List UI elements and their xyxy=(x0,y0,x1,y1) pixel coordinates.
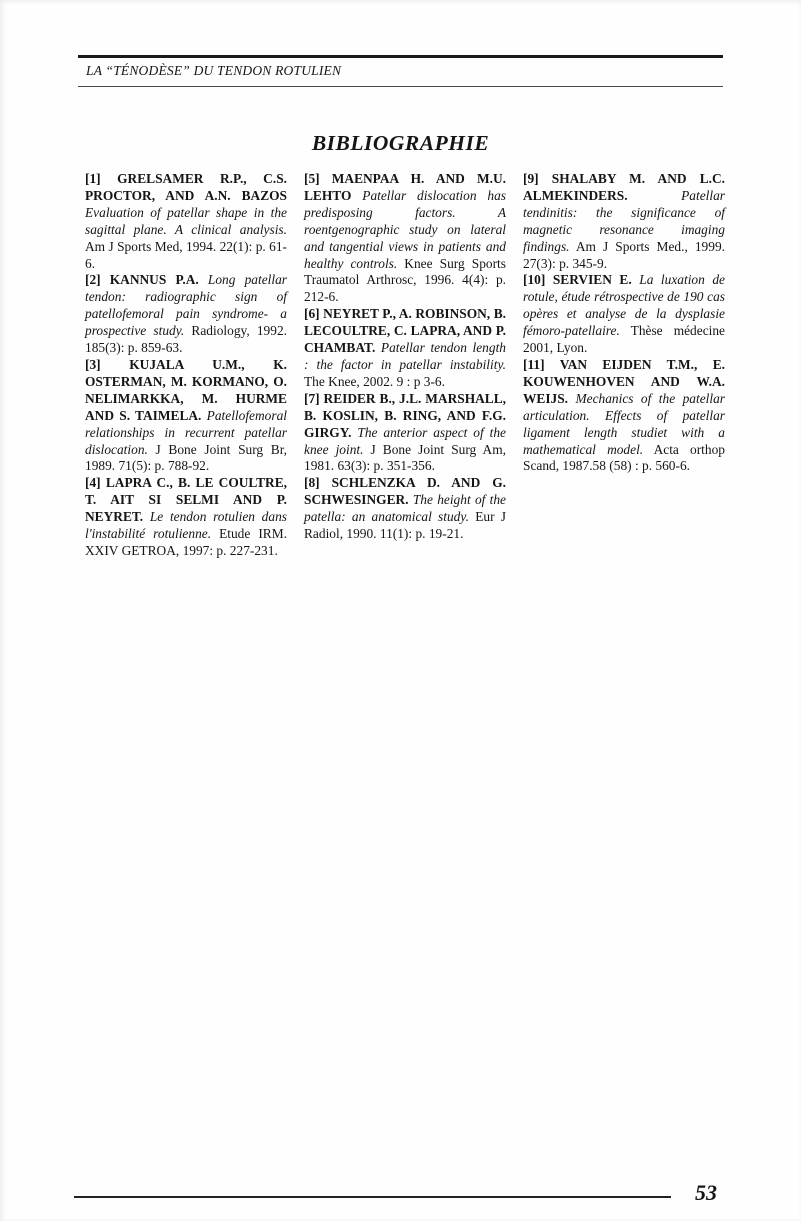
bibliography-columns: [1] GRELSAMER R.P., C.S. PROCTOR, AND A.… xyxy=(85,171,725,560)
reference-item: [8] SCHLENZKA D. AND G. SCHWESINGER. The… xyxy=(304,475,506,543)
reference-item: [1] GRELSAMER R.P., C.S. PROCTOR, AND A.… xyxy=(85,171,287,272)
reference-segment-bold: [2] KANNUS P.A. xyxy=(85,272,208,287)
reference-item: [4] LAPRA C., B. LE COULTRE, T. AIT SI S… xyxy=(85,475,287,560)
reference-item: [9] SHALABY M. AND L.C. ALMEKINDERS. Pat… xyxy=(523,171,725,272)
reference-column-3: [9] SHALABY M. AND L.C. ALMEKINDERS. Pat… xyxy=(523,171,725,560)
reference-item: [3] KUJALA U.M., K. OSTERMAN, M. KORMANO… xyxy=(85,357,287,475)
page-number: 53 xyxy=(695,1180,717,1206)
header-rule-thin xyxy=(78,86,723,87)
document-page: LA “TÉNODÈSE” DU TENDON ROTULIEN BIBLIOG… xyxy=(0,0,801,1221)
reference-segment-roman: Am J Sports Med, 1994. 22(1): p. 61-6. xyxy=(85,239,287,271)
header-rule-thick xyxy=(78,55,723,58)
page-title: BIBLIOGRAPHIE xyxy=(0,131,801,156)
reference-segment-bold: [1] GRELSAMER R.P., C.S. PROCTOR, AND A.… xyxy=(85,171,287,203)
reference-item: [10] SERVIEN E. La luxation de rotule, é… xyxy=(523,272,725,357)
reference-segment-italic: Evaluation of patellar shape in the sagi… xyxy=(85,205,287,237)
running-head: LA “TÉNODÈSE” DU TENDON ROTULIEN xyxy=(86,63,341,79)
reference-segment-bold: [10] SERVIEN E. xyxy=(523,272,639,287)
reference-item: [6] NEYRET P., A. ROBINSON, B. LECOULTRE… xyxy=(304,306,506,391)
reference-item: [5] MAENPAA H. AND M.U. LEHTO Patellar d… xyxy=(304,171,506,306)
reference-column-1: [1] GRELSAMER R.P., C.S. PROCTOR, AND A.… xyxy=(85,171,287,560)
reference-item: [2] KANNUS P.A. Long patellar tendon: ra… xyxy=(85,272,287,357)
reference-item: [11] VAN EIJDEN T.M., E. KOUWENHOVEN AND… xyxy=(523,357,725,475)
reference-item: [7] REIDER B., J.L. MARSHALL, B. KOSLIN,… xyxy=(304,391,506,476)
footer-rule xyxy=(74,1196,671,1198)
reference-segment-roman: The Knee, 2002. 9 : p 3-6. xyxy=(304,374,445,389)
reference-column-2: [5] MAENPAA H. AND M.U. LEHTO Patellar d… xyxy=(304,171,506,560)
